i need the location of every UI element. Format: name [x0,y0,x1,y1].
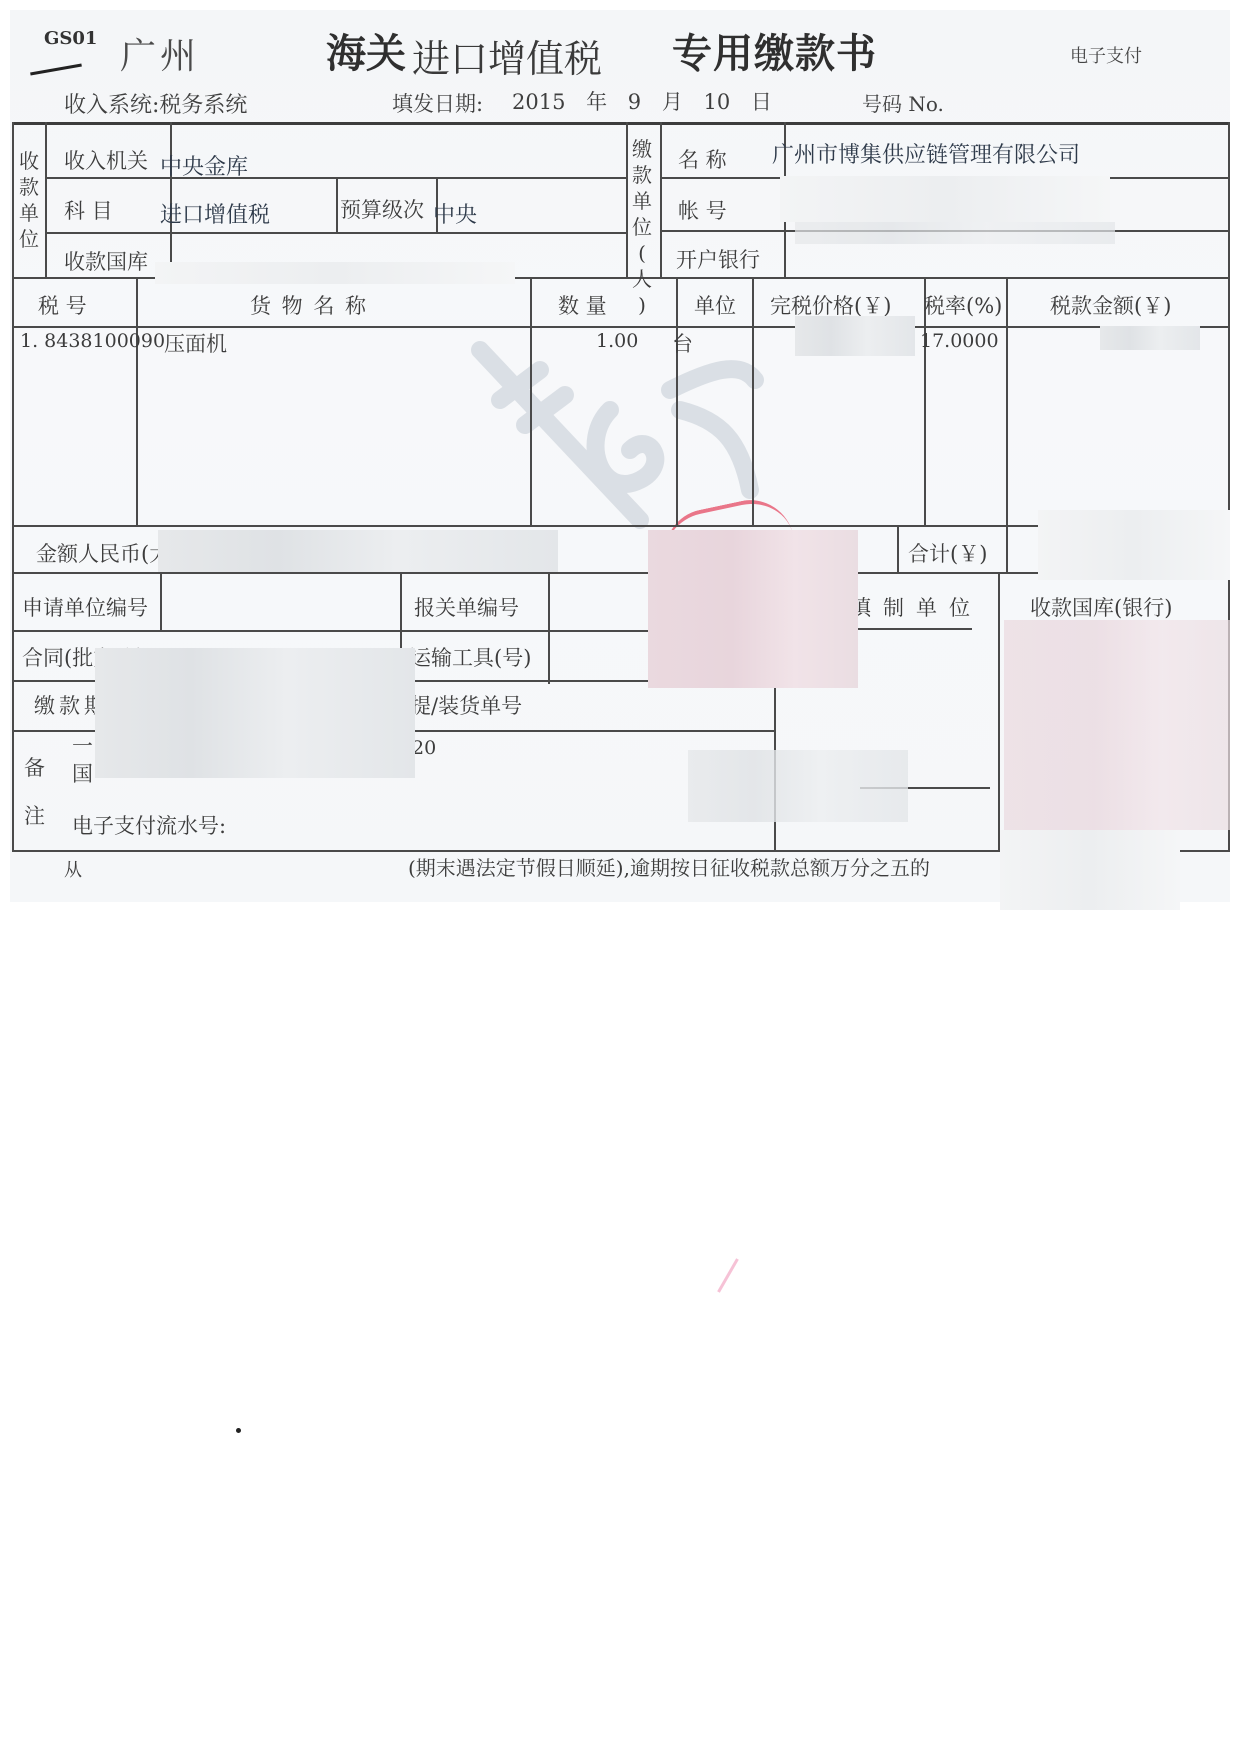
remarks-partial-value: 20 [412,737,436,759]
payer-name-value: 广州市博集供应链管理有限公司 [772,138,1080,169]
col-header-tax-no: 税 号 [38,290,87,320]
preparer-label: 填制单位 [850,592,982,622]
treasury-seal-redacted [1004,620,1230,830]
budget-level-value: 中央 [433,198,477,229]
divider [626,122,628,277]
preparer-seal-redacted [648,530,858,688]
payer-section-label: 缴款单位(人) [631,136,653,318]
divider [160,572,162,630]
bill-of-lading-label: 提/装货单号 [410,690,522,720]
divider [530,277,532,525]
number-label: 号码 No. [862,88,944,117]
divider [676,277,678,525]
divider [336,177,338,232]
divider [897,525,899,572]
payment-type: 电子支付 [1070,42,1142,68]
divider [45,122,47,277]
form-code: GS01 [44,28,97,49]
divider [1006,277,1008,572]
row-tax-rate: 17.0000 [920,330,999,352]
contract-deadline-redacted [95,648,415,778]
rmb-amount-redacted [158,530,558,572]
title-import-vat: 进口增值税 [412,28,602,83]
payer-account-label: 帐 号 [678,195,727,225]
revenue-office-value: 中央金库 [160,150,248,181]
payer-name-label: 名 称 [678,144,727,174]
epay-serial-label: 电子支付流水号: [72,810,226,840]
total-amount-redacted [1038,510,1230,580]
remarks-line-1: 一 [72,730,93,760]
row-tax-no: 1. 8438100090 [20,330,165,352]
divider [45,177,628,179]
table-left-border [12,122,14,850]
payer-account-redacted [780,176,1110,222]
divider [548,572,550,684]
payer-bank-label: 开户银行 [676,244,760,274]
col-header-tax-rate: 税率(%) [924,290,1002,320]
table-top-border [12,122,1230,125]
stray-dot [236,1428,241,1433]
treasury-value-redacted [155,262,515,284]
divider [660,122,662,277]
budget-level-label: 预算级次 [340,194,424,224]
row-goods-name: 压面机 [164,328,227,358]
total-label: 合计(￥) [908,538,987,568]
date-value: 2015 年 9 月 10 日 [512,86,772,116]
title-customs: 海关 [326,22,406,79]
footer-note: (期末遇法定节假日顺延),逾期按日征收税款总额万分之五的 [408,852,930,881]
subject-value: 进口增值税 [160,198,270,229]
divider [842,628,972,630]
revenue-office-label: 收入机关 [64,145,148,175]
payee-section-label: 收款单位 [18,148,40,252]
divider [45,232,628,234]
preparer-info-redacted [688,750,908,822]
city-label: 广州 [120,28,200,79]
treasury-bank-label: 收款国库(银行) [1030,592,1172,622]
subject-label: 科 目 [64,195,113,225]
date-label: 填发日期: [392,88,483,118]
applicant-no-label: 申请单位编号 [22,592,148,622]
revenue-system: 收入系统:税务系统 [64,88,247,119]
col-header-goods-name: 货 物 名 称 [250,290,368,320]
pink-ink-mark [717,1258,758,1303]
divider [136,277,138,525]
col-header-unit: 单位 [694,290,736,320]
col-header-quantity: 数 量 [558,290,607,320]
remarks-line-2: 国 [72,758,93,788]
footer-note-prefix: 从 [64,856,82,882]
divider [998,572,1000,850]
row-tax-amount-redacted [1100,326,1200,350]
transport-label: 运输工具(号) [410,642,531,672]
footer-redacted [1000,830,1180,910]
customs-emblem-watermark-icon [470,330,770,530]
col-header-tax-amount: 税款金额(￥) [1050,290,1171,320]
row-unit: 台 [672,328,693,358]
divider [752,277,754,525]
remarks-label-2: 注 [24,800,45,830]
remarks-label-1: 备 [24,752,45,782]
row-dutiable-price-redacted [795,316,915,356]
treasury-label: 收款国库 [64,246,148,276]
payer-account-redacted-strip [795,222,1115,244]
title-payment-form: 专用缴款书 [672,22,877,79]
row-quantity: 1.00 [596,330,638,352]
declaration-no-label: 报关单编号 [414,592,519,622]
